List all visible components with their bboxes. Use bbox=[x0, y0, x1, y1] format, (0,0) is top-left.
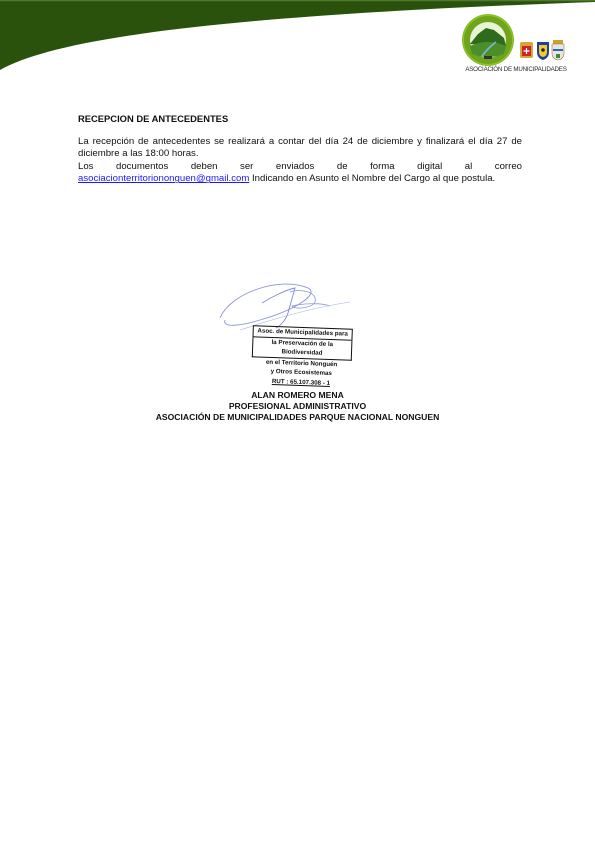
signer-block: ALAN ROMERO MENA PROFESIONAL ADMINISTRAT… bbox=[0, 390, 595, 424]
logo-caption: ASOCIACIÓN DE MUNICIPALIDADES bbox=[460, 66, 572, 73]
submission-instructions-line2: asociacionterritorionon­guen@gmail.com I… bbox=[78, 173, 522, 186]
reception-dates-line1: La recepción de antecedentes se realizar… bbox=[78, 136, 522, 149]
contact-email-link[interactable]: asociacionterritorionon­guen@gmail.com bbox=[78, 173, 249, 184]
signer-organization: ASOCIACIÓN DE MUNICIPALIDADES PARQUE NAC… bbox=[0, 412, 595, 423]
signer-title: PROFESIONAL ADMINISTRATIVO bbox=[0, 401, 595, 412]
document-body: RECEPCION DE ANTECEDENTES La recepción d… bbox=[78, 113, 522, 186]
reception-dates-line2: diciembre a las 18:00 horas. bbox=[78, 148, 522, 161]
signer-name: ALAN ROMERO MENA bbox=[0, 390, 595, 401]
municipal-crest-2-icon bbox=[537, 42, 549, 60]
biodiversity-seal-icon bbox=[462, 14, 514, 66]
submission-instructions-line1: Los documentos deben ser enviados de for… bbox=[78, 161, 522, 174]
subject-instructions: Indicando en Asunto el Nombre del Cargo … bbox=[249, 173, 495, 184]
municipal-crest-1-icon bbox=[520, 42, 533, 58]
organization-stamp: Asoc. de Municipalidades para la Preserv… bbox=[251, 325, 353, 378]
section-heading: RECEPCION DE ANTECEDENTES bbox=[78, 113, 522, 126]
municipal-crest-3-icon bbox=[552, 40, 564, 60]
